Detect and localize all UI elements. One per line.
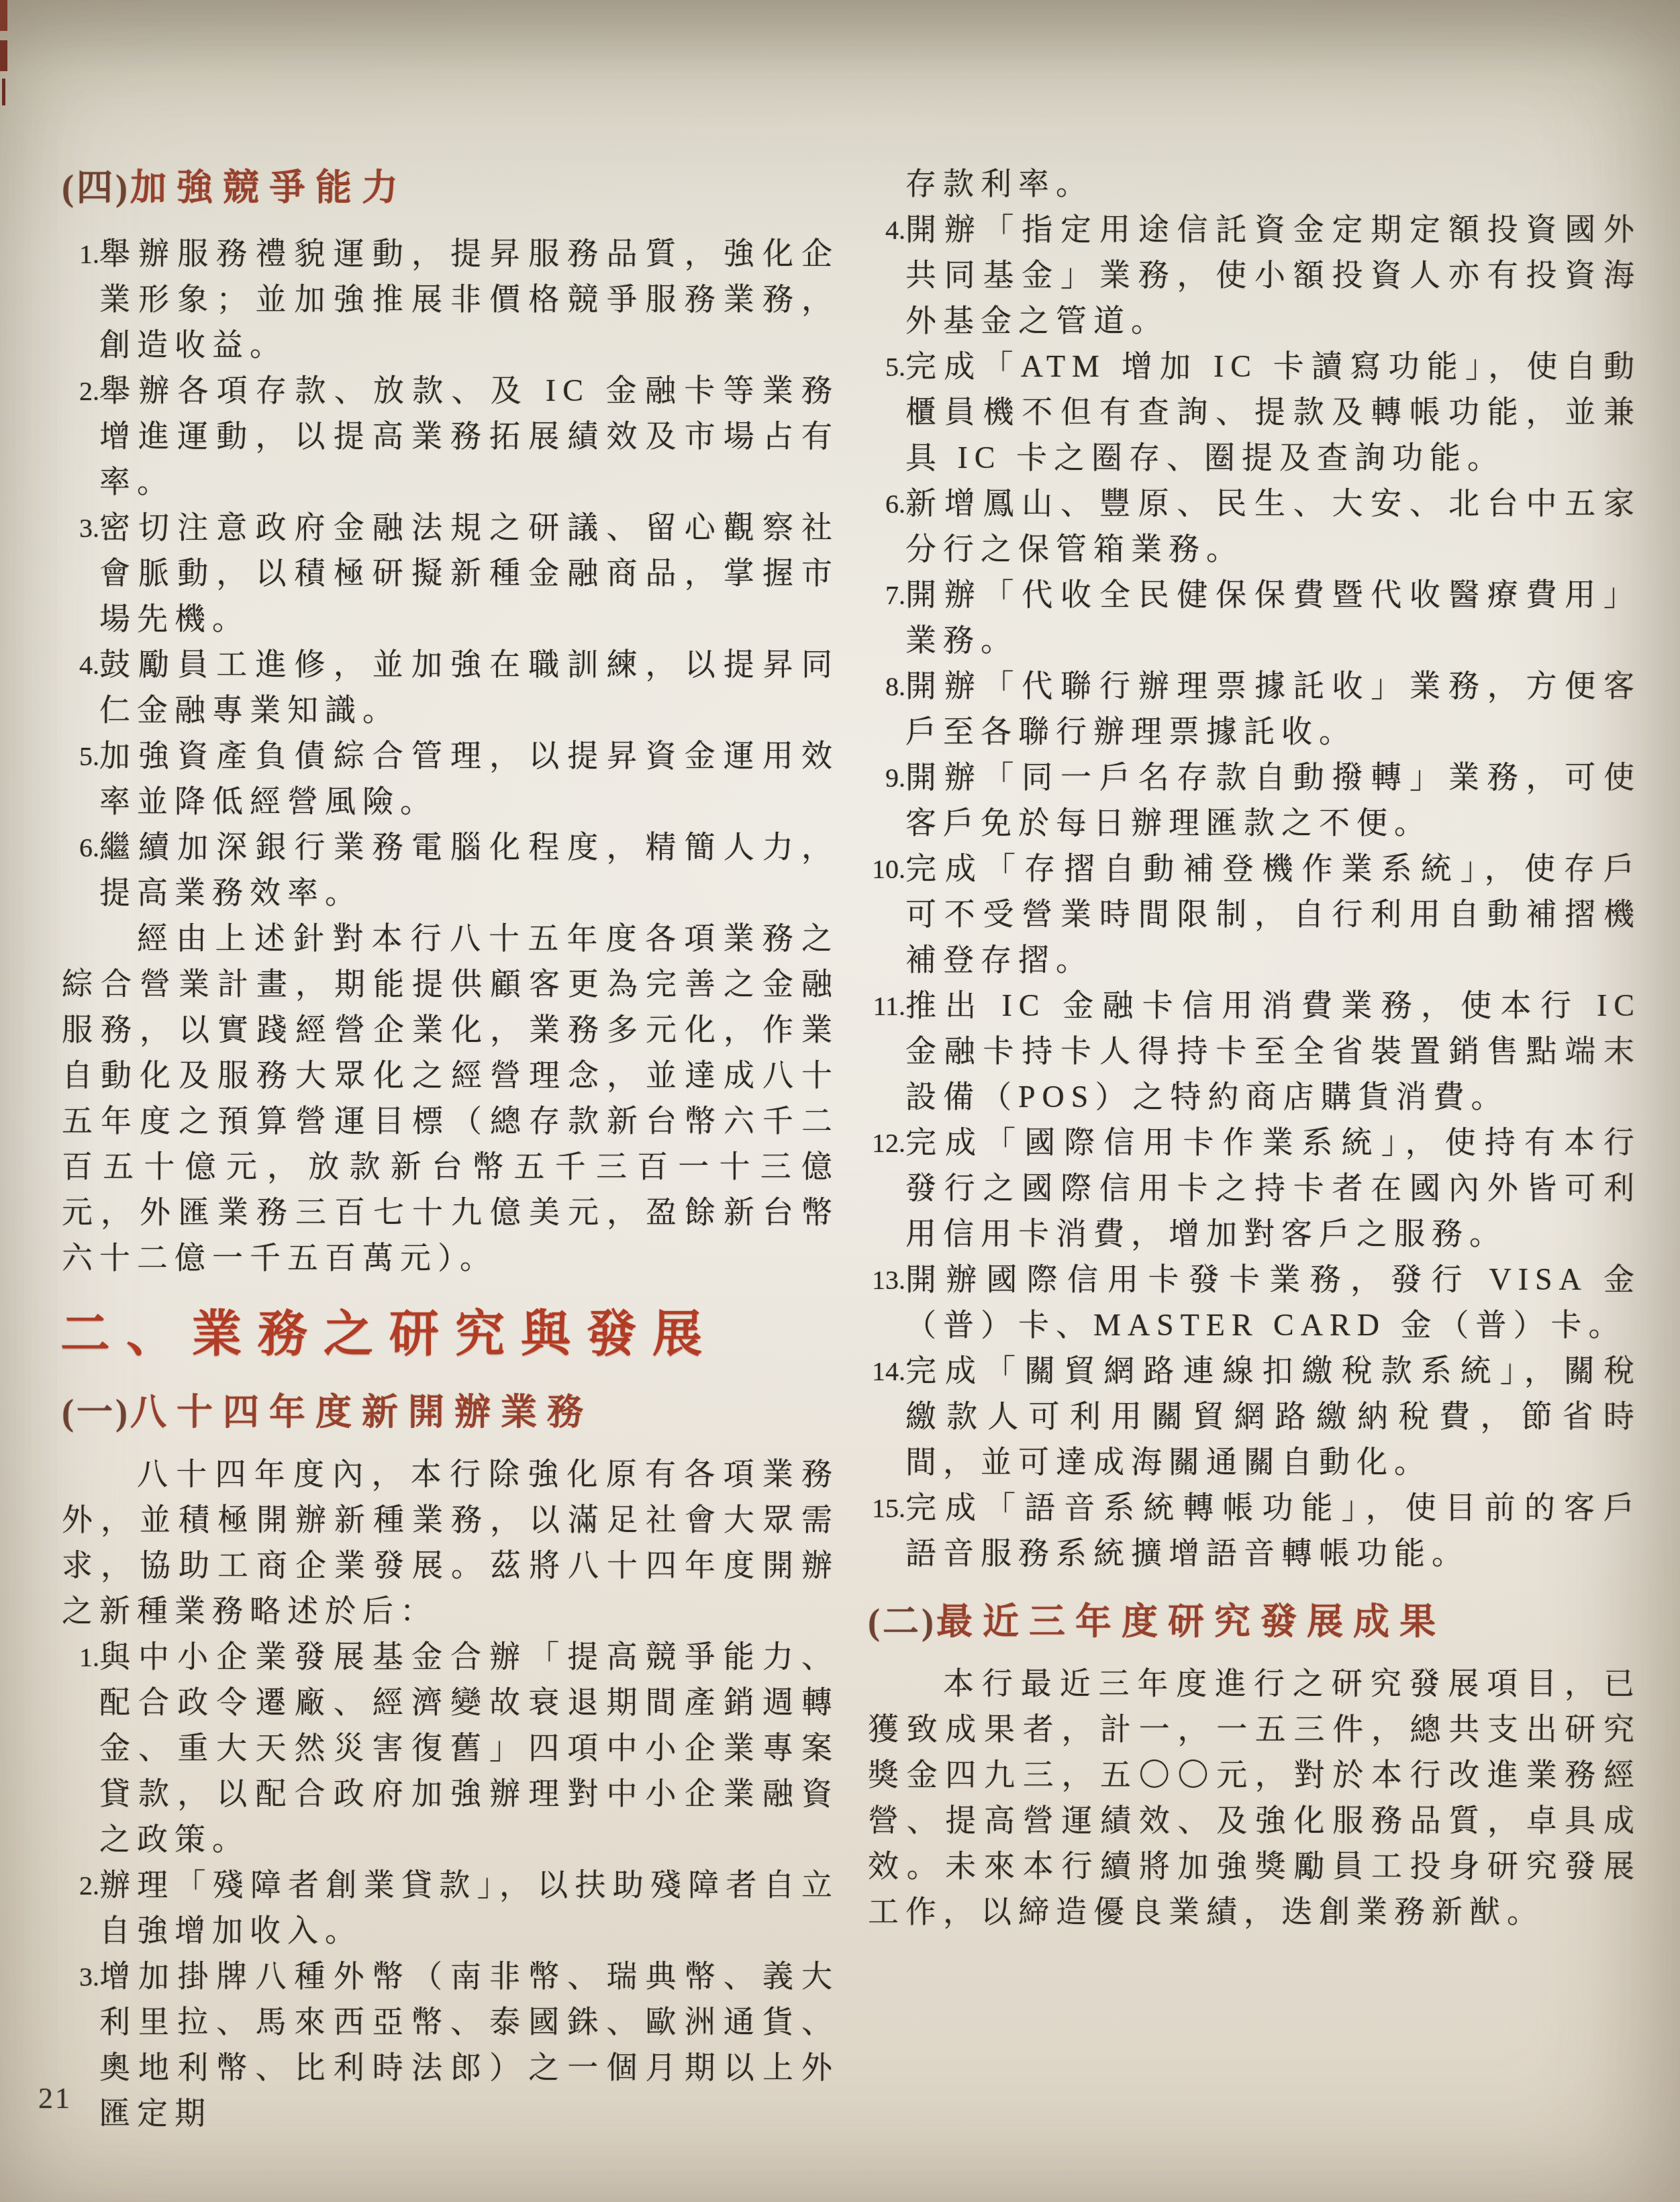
list-item: 15.完成「語音系統轉帳功能」，使目前的客戶語音服務系統擴增語音轉帳功能。	[868, 1485, 1641, 1576]
list-item: 5.加強資產負債綜合管理，以提昇資金運用效率並降低經營風險。	[62, 733, 839, 824]
list-item: 3.增加掛牌八種外幣（南非幣、瑞典幣、義大利里拉、馬來西亞幣、泰國銖、歐洲通貨、…	[62, 1954, 839, 2136]
item-text: 新增鳳山、豐原、民生、大安、北台中五家分行之保管箱業務。	[905, 486, 1641, 566]
summary-paragraph: 經由上述針對本行八十五年度各項業務之綜合營業計畫，期能提供顧客更為完善之金融服務…	[62, 916, 839, 1281]
list-item: 6.繼續加深銀行業務電腦化程度，精簡人力，提高業務效率。	[62, 824, 839, 916]
section-heading-research-development: 二、業務之研究與發展	[60, 1301, 839, 1368]
item-number: 14.	[872, 1349, 905, 1394]
item-text: 完成「語音系統轉帳功能」，使目前的客戶語音服務系統擴增語音轉帳功能。	[905, 1490, 1641, 1570]
list-item: 2.辦理「殘障者創業貸款」，以扶助殘障者自立自強增加收入。	[62, 1862, 839, 1954]
list-item: 12.完成「國際信用卡作業系統」，使持有本行發行之國際信用卡之持卡者在國內外皆可…	[868, 1120, 1641, 1257]
right-column: 存款利率。 4.開辦「指定用途信託資金定期定額投資國外共同基金」業務，使小額投資…	[868, 161, 1641, 1935]
item-text: 加強資產負債綜合管理，以提昇資金運用效率並降低經營風險。	[99, 738, 839, 818]
item-number: 1.	[79, 1635, 99, 1680]
list-item: 8.開辦「代聯行辦理票據託收」業務，方便客戶至各聯行辦理票據託收。	[868, 663, 1641, 755]
list-item: 4.鼓勵員工進修，並加強在職訓練，以提昇同仁金融專業知識。	[62, 642, 839, 733]
list-item: 3.密切注意政府金融法規之研議、留心觀察社會脈動，以積極研擬新種金融商品，掌握市…	[62, 505, 839, 642]
list-item: 1.舉辦服務禮貌運動，提昇服務品質，強化企業形象；並加強推展非價格競爭服務業務，…	[62, 231, 839, 368]
item-number: 6.	[79, 825, 99, 871]
left-column: (四)加強競爭能力 1.舉辦服務禮貌運動，提昇服務品質，強化企業形象；並加強推展…	[62, 161, 839, 2136]
list-item: 1.與中小企業發展基金合辦「提高競爭能力、配合政令遷廠、經濟變故衰退期間產銷週轉…	[62, 1634, 839, 1862]
item-number: 6.	[885, 481, 905, 527]
item-number: 7.	[885, 573, 905, 618]
continuation-line: 存款利率。	[868, 161, 1641, 207]
item-text: 開辦國際信用卡發卡業務，發行 VISA 金（普）卡、MASTER CARD 金（…	[905, 1262, 1641, 1342]
subsection-heading-new-services: (一)八十四年度新開辦業務	[62, 1384, 839, 1441]
list-item: 5.完成「ATM 增加 IC 卡讀寫功能」，使自動櫃員機不但有查詢、提款及轉帳功…	[868, 344, 1641, 481]
item-text: 開辦「同一戶名存款自動撥轉」業務，可使客戶免於每日辦理匯款之不便。	[905, 760, 1641, 840]
item-number: 15.	[872, 1486, 905, 1531]
item-text: 開辦「指定用途信託資金定期定額投資國外共同基金」業務，使小額投資人亦有投資海外基…	[905, 212, 1641, 338]
intro-paragraph: 八十四年度內，本行除強化原有各項業務外，並積極開辦新種業務，以滿足社會大眾需求，…	[62, 1451, 839, 1634]
item-text: 辦理「殘障者創業貸款」，以扶助殘障者自立自強增加收入。	[99, 1868, 839, 1948]
results-paragraph: 本行最近三年度進行之研究發展項目，已獲致成果者，計一，一五三件，總共支出研究獎金…	[868, 1661, 1641, 1935]
item-text: 開辦「代聯行辦理票據託收」業務，方便客戶至各聯行辦理票據託收。	[905, 669, 1641, 749]
item-number: 8.	[885, 664, 905, 710]
item-number: 2.	[79, 369, 99, 414]
item-text: 完成「ATM 增加 IC 卡讀寫功能」，使自動櫃員機不但有查詢、提款及轉帳功能，…	[905, 349, 1641, 475]
item-number: 3.	[79, 506, 99, 551]
item-text: 與中小企業發展基金合辦「提高競爭能力、配合政令遷廠、經濟變故衰退期間產銷週轉金、…	[99, 1639, 839, 1856]
subsection-heading-research-results: (二)最近三年度研究發展成果	[868, 1594, 1641, 1650]
item-number: 4.	[885, 207, 905, 253]
photo-edge-artifact	[0, 0, 7, 31]
list-item: 7.開辦「代收全民健保保費暨代收醫療費用」業務。	[868, 572, 1641, 663]
heading-prefix: (一)	[62, 1392, 130, 1433]
heading-title: 最近三年度研究發展成果	[936, 1602, 1446, 1642]
list-item: 10.完成「存摺自動補登機作業系統」，使存戶可不受營業時間限制，自行利用自動補摺…	[868, 846, 1641, 983]
item-number: 5.	[79, 734, 99, 779]
item-number: 9.	[885, 755, 905, 801]
item-text: 完成「關貿網路連線扣繳稅款系統」，關稅繳款人可利用關貿網路繳納稅費，節省時間，並…	[905, 1353, 1641, 1479]
item-text: 密切注意政府金融法規之研議、留心觀察社會脈動，以積極研擬新種金融商品，掌握市場先…	[99, 510, 839, 636]
item-number: 1.	[79, 232, 99, 277]
item-text: 舉辦各項存款、放款、及 IC 金融卡等業務增進運動，以提高業務拓展績效及市場占有…	[99, 373, 839, 499]
heading-title: 八十四年度新開辦業務	[130, 1392, 593, 1433]
heading-prefix: (四)	[62, 168, 130, 208]
scanned-annual-report-page: (四)加強競爭能力 1.舉辦服務禮貌運動，提昇服務品質，強化企業形象；並加強推展…	[0, 0, 1680, 2202]
item-number: 4.	[79, 642, 99, 688]
item-text: 鼓勵員工進修，並加強在職訓練，以提昇同仁金融專業知識。	[99, 647, 839, 727]
item-text: 舉辦服務禮貌運動，提昇服務品質，強化企業形象；並加強推展非價格競爭服務業務，創造…	[99, 236, 839, 362]
list-item: 9.開辦「同一戶名存款自動撥轉」業務，可使客戶免於每日辦理匯款之不便。	[868, 755, 1641, 846]
item-text: 開辦「代收全民健保保費暨代收醫療費用」業務。	[905, 577, 1641, 657]
item-number: 2.	[79, 1863, 99, 1909]
item-text: 推出 IC 金融卡信用消費業務，使本行 IC 金融卡持卡人得持卡至全省裝置銷售點…	[905, 988, 1641, 1114]
item-number: 12.	[872, 1120, 905, 1166]
heading-prefix: (二)	[868, 1602, 936, 1642]
list-item: 6.新增鳳山、豐原、民生、大安、北台中五家分行之保管箱業務。	[868, 481, 1641, 572]
item-text: 完成「存摺自動補登機作業系統」，使存戶可不受營業時間限制，自行利用自動補摺機補登…	[905, 851, 1641, 977]
item-number: 3.	[79, 1954, 99, 2000]
item-text: 繼續加深銀行業務電腦化程度，精簡人力，提高業務效率。	[99, 830, 839, 910]
heading-title: 加強競爭能力	[130, 168, 408, 208]
list-item: 2.舉辦各項存款、放款、及 IC 金融卡等業務增進運動，以提高業務拓展績效及市場…	[62, 368, 839, 505]
list-item: 11.推出 IC 金融卡信用消費業務，使本行 IC 金融卡持卡人得持卡至全省裝置…	[868, 983, 1641, 1120]
item-number: 10.	[872, 847, 905, 892]
page-number: 21	[38, 2081, 72, 2115]
list-item: 13.開辦國際信用卡發卡業務，發行 VISA 金（普）卡、MASTER CARD…	[868, 1257, 1641, 1348]
subsection-heading-competitiveness: (四)加強競爭能力	[62, 161, 839, 215]
item-number: 5.	[885, 344, 905, 390]
item-text: 增加掛牌八種外幣（南非幣、瑞典幣、義大利里拉、馬來西亞幣、泰國銖、歐洲通貨、奧地…	[99, 1959, 839, 2130]
item-number: 13.	[872, 1257, 905, 1303]
item-number: 11.	[873, 984, 905, 1029]
list-item: 4.開辦「指定用途信託資金定期定額投資國外共同基金」業務，使小額投資人亦有投資海…	[868, 207, 1641, 344]
item-text: 完成「國際信用卡作業系統」，使持有本行發行之國際信用卡之持卡者在國內外皆可利用信…	[905, 1125, 1641, 1251]
list-item: 14.完成「關貿網路連線扣繳稅款系統」，關稅繳款人可利用關貿網路繳納稅費，節省時…	[868, 1348, 1641, 1485]
